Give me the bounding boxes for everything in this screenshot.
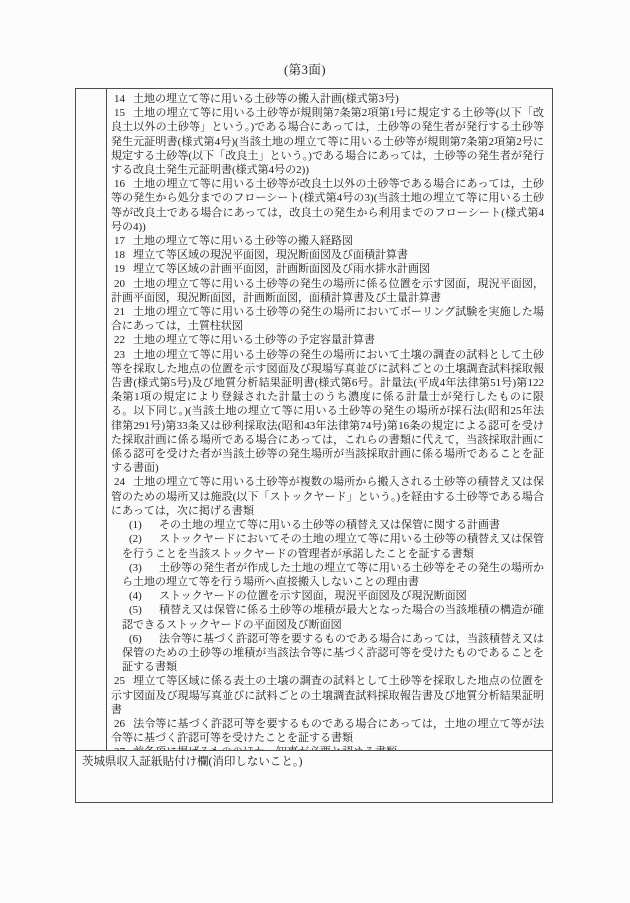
item-number: 24 <box>114 475 133 489</box>
list-item: 20土地の埋立て等に用いる土砂等の発生の場所に係る位置を示す図面，現況平面図，計… <box>111 277 544 305</box>
list-item: 23土地の埋立て等に用いる土砂等の発生の場所において土壌の調査の試料として土砂等… <box>111 348 544 476</box>
list-item: 25埋立て等区域に係る表土の土壌の調査の試料として土砂等を採取した地点の位置を示… <box>111 674 544 717</box>
items-list: 14土地の埋立て等に用いる土砂等の搬入計画(様式第3号)15土地の埋立て等に用い… <box>107 89 552 750</box>
sub-list-item: (3)土砂等の発生者が作成した土地の埋立て等に用いる土砂等をその発生の場所から土… <box>122 561 544 589</box>
item-number: 14 <box>114 92 133 106</box>
list-item: 15土地の埋立て等に用いる土砂等が規則第7条第2項第1号に規定する土砂等(以下「… <box>111 106 544 177</box>
list-item: 17土地の埋立て等に用いる土砂等の搬入経路図 <box>111 234 544 248</box>
subitem-text: ストックヤードにおいてその土地の埋立て等に用いる土砂等の積替え又は保管を行うこと… <box>122 533 544 559</box>
item-text: 土地の埋立て等に用いる土砂等が複数の場所から搬入される土砂等の積替え又は保管のた… <box>111 476 544 516</box>
sub-list-item: (4)ストックヤードの位置を示す図面，現況平面図及び現況断面図 <box>122 589 544 603</box>
item-text: 土地の埋立て等に用いる土砂等が規則第7条第2項第1号に規定する土砂等(以下「改良… <box>111 107 544 176</box>
item-text: 法令等に基づく許認可等を要するものである場合にあっては，土地の埋立て等が法令等に… <box>111 718 544 744</box>
list-item: 26法令等に基づく許認可等を要するものである場合にあっては，土地の埋立て等が法令… <box>111 717 544 745</box>
subitem-number: (2) <box>129 532 159 546</box>
document-page: (第3面) 14土地の埋立て等に用いる土砂等の搬入計画(様式第3号)15土地の埋… <box>0 0 630 903</box>
item-text: 土地の埋立て等に用いる土砂等の発生の場所においてボーリング試験を実施した場合にあ… <box>111 306 544 332</box>
sub-list-item: (1)その土地の埋立て等に用いる土砂等の積替え又は保管に関する計画書 <box>122 518 544 532</box>
sub-list-item: (5)積替え又は保管に係る土砂等の堆積が最大となった場合の当該堆積の構造が確認で… <box>122 603 544 631</box>
subitem-text: 法令等に基づく許認可等を要するものである場合にあっては，当該積替え又は保管のため… <box>122 633 544 673</box>
item-text: 土地の埋立て等に用いる土砂等の搬入計画(様式第3号) <box>133 93 399 105</box>
item-text: 土地の埋立て等に用いる土砂等の発生の場所に係る位置を示す図面，現況平面図，計画平… <box>111 278 544 304</box>
sub-list-item: (2)ストックヤードにおいてその土地の埋立て等に用いる土砂等の積替え又は保管を行… <box>122 532 544 560</box>
list-item: 24土地の埋立て等に用いる土砂等が複数の場所から搬入される土砂等の積替え又は保管… <box>111 475 544 518</box>
item-number: 15 <box>114 106 133 120</box>
item-number: 23 <box>114 348 133 362</box>
page-title: (第3面) <box>75 60 535 78</box>
revenue-stamp-area: 茨城県収入証紙貼付け欄(消印しないこと。) <box>76 750 552 802</box>
item-text: 土地の埋立て等に用いる土砂等の発生の場所において土壌の調査の試料として土砂等を採… <box>111 349 544 475</box>
subitem-text: その土地の埋立て等に用いる土砂等の積替え又は保管に関する計画書 <box>159 519 500 531</box>
item-text: 土地の埋立て等に用いる土砂等の予定容量計算書 <box>133 334 375 346</box>
item-number: 21 <box>114 305 133 319</box>
subitem-number: (3) <box>129 561 159 575</box>
subitem-number: (6) <box>129 632 159 646</box>
subitem-text: 土砂等の発生者が作成した土地の埋立て等に用いる土砂等をその発生の場所から土地の埋… <box>122 562 544 588</box>
item-number: 18 <box>114 248 133 262</box>
sub-list-item: (6)法令等に基づく許認可等を要するものである場合にあっては，当該積替え又は保管… <box>122 632 544 675</box>
item-number: 19 <box>114 262 133 276</box>
item-number: 16 <box>114 177 133 191</box>
item-text: 土地の埋立て等に用いる土砂等が改良土以外の土砂等である場合にあっては，土砂等の発… <box>111 178 544 233</box>
attachment-documents-table: 14土地の埋立て等に用いる土砂等の搬入計画(様式第3号)15土地の埋立て等に用い… <box>75 88 553 803</box>
list-item: 21土地の埋立て等に用いる土砂等の発生の場所においてボーリング試験を実施した場合… <box>111 305 544 333</box>
item-text: 埋立て等区域に係る表土の土壌の調査の試料として土砂等を採取した地点の位置を示す図… <box>111 675 544 715</box>
item-number: 22 <box>114 333 133 347</box>
left-margin-cell <box>76 89 107 750</box>
item-number: 20 <box>114 277 133 291</box>
list-item: 18埋立て等区域の現況平面図，現況断面図及び面積計算書 <box>111 248 544 262</box>
subitem-number: (5) <box>129 603 159 617</box>
item-number: 26 <box>114 717 133 731</box>
item-text: 土地の埋立て等に用いる土砂等の搬入経路図 <box>133 235 353 247</box>
subitem-number: (1) <box>129 518 159 532</box>
list-item: 16土地の埋立て等に用いる土砂等が改良土以外の土砂等である場合にあっては，土砂等… <box>111 177 544 234</box>
list-item: 14土地の埋立て等に用いる土砂等の搬入計画(様式第3号) <box>111 92 544 106</box>
revenue-stamp-label: 茨城県収入証紙貼付け欄(消印しないこと。) <box>82 756 302 768</box>
item-number: 25 <box>114 674 133 688</box>
item-text: 埋立て等区域の計画平面図，計画断面図及び雨水排水計画図 <box>133 263 430 275</box>
item-number: 17 <box>114 234 133 248</box>
subitem-text: 積替え又は保管に係る土砂等の堆積が最大となった場合の当該堆積の構造が確認できるス… <box>122 604 544 630</box>
subitem-number: (4) <box>129 589 159 603</box>
items-row: 14土地の埋立て等に用いる土砂等の搬入計画(様式第3号)15土地の埋立て等に用い… <box>76 89 552 750</box>
subitem-text: ストックヤードの位置を示す図面，現況平面図及び現況断面図 <box>159 590 467 602</box>
list-item: 19埋立て等区域の計画平面図，計画断面図及び雨水排水計画図 <box>111 262 544 276</box>
item-text: 埋立て等区域の現況平面図，現況断面図及び面積計算書 <box>133 249 408 261</box>
list-item: 22土地の埋立て等に用いる土砂等の予定容量計算書 <box>111 333 544 347</box>
